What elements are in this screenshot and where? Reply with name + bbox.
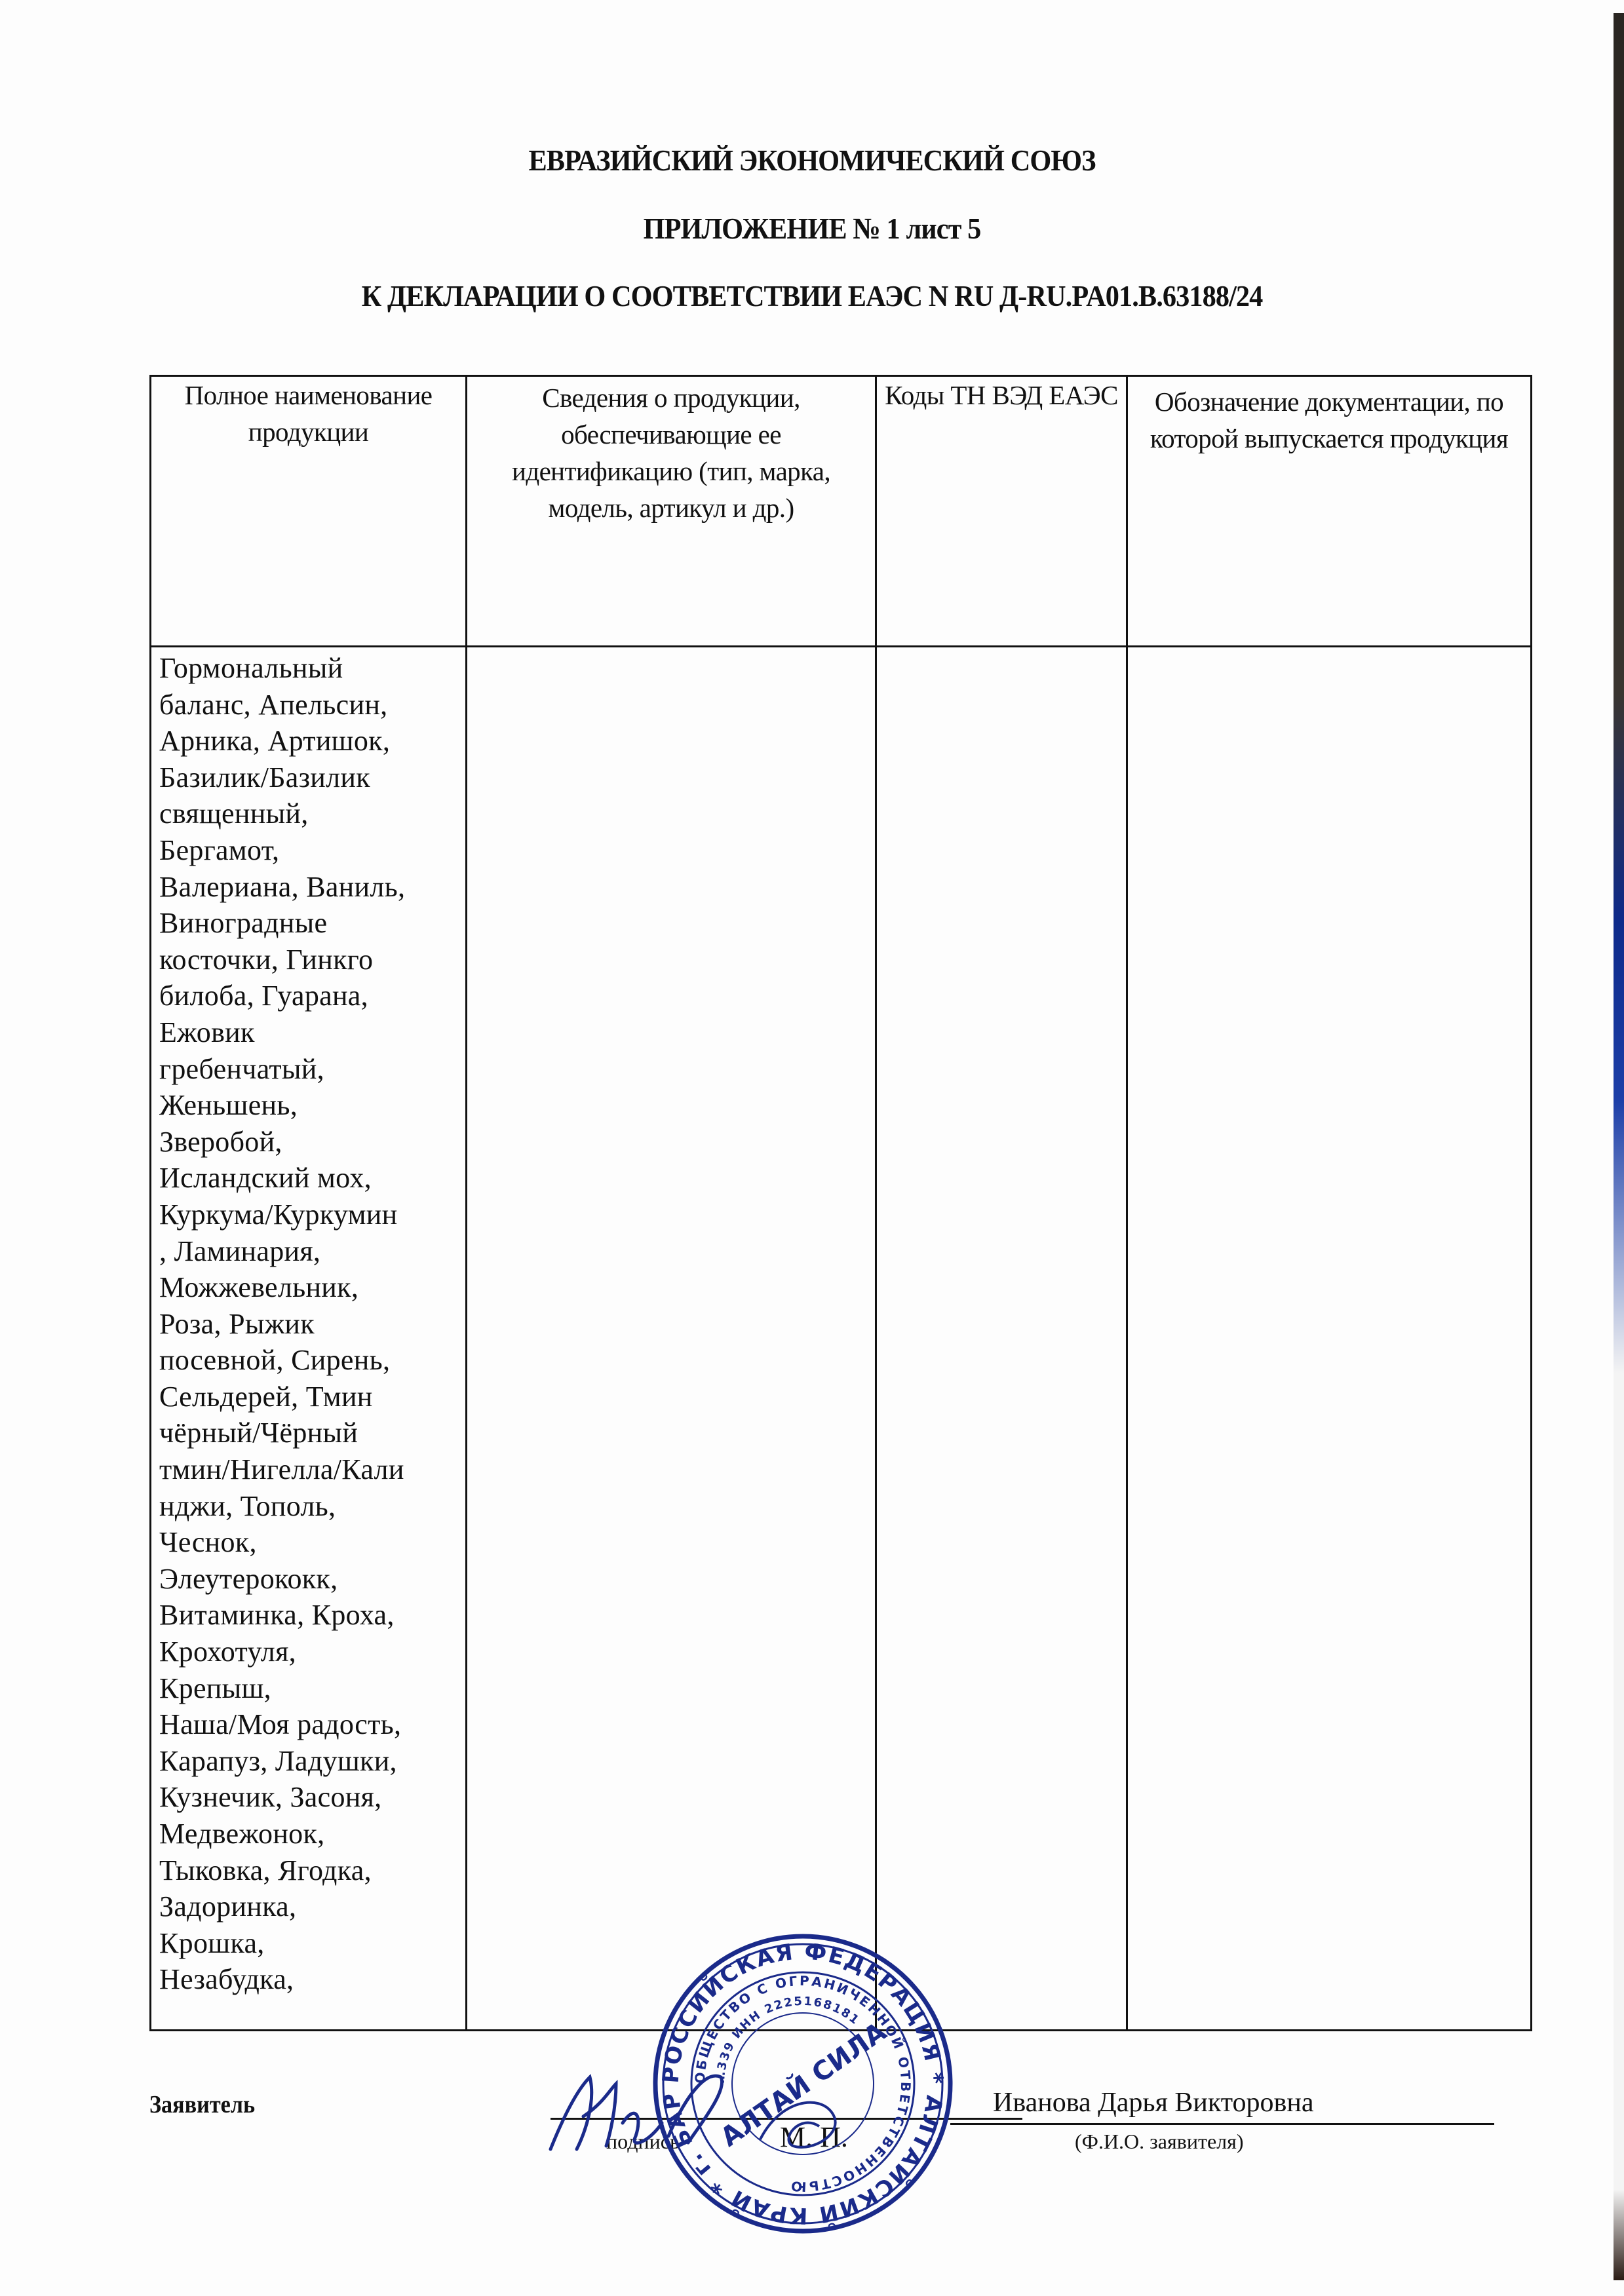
product-name-line: Задоринка, <box>159 1888 460 1925</box>
product-name-line: Карапуз, Ладушки, <box>159 1743 460 1780</box>
product-name-line: Витаминка, Кроха, <box>159 1597 460 1634</box>
applicant-name: Иванова Дарья Викторовна <box>993 2087 1314 2118</box>
identification-cell <box>467 647 876 2031</box>
appendix-title: ПРИЛОЖЕНИЕ № 1 лист 5 <box>65 211 1559 246</box>
product-name-line: Гормональный <box>159 650 460 687</box>
product-name-line: Элеутерококк, <box>159 1561 460 1598</box>
product-name-line: Наша/Моя радость, <box>159 1706 460 1743</box>
products-table: Полное наименование продукции Сведения о… <box>149 375 1532 2031</box>
product-name-line: гребенчатый, <box>159 1051 460 1088</box>
product-name-line: посевной, Сирень, <box>159 1342 460 1379</box>
column-header-identification: Сведения о продукции, обеспечивающие ее … <box>467 376 876 647</box>
applicant-label: Заявитель <box>149 2090 255 2119</box>
applicant-name-caption: (Ф.И.О. заявителя) <box>1075 2130 1243 2154</box>
product-name-line: Сельдерей, Тмин <box>159 1379 460 1415</box>
product-name-line: Чеснок, <box>159 1524 460 1561</box>
table-header-row: Полное наименование продукции Сведения о… <box>151 376 1532 647</box>
column-header-tn-ved-codes: Коды ТН ВЭД ЕАЭС <box>876 376 1127 647</box>
column-header-product-name: Полное наименование продукции <box>151 376 467 647</box>
product-name-line: Крошка, <box>159 1925 460 1962</box>
product-name-cell: Гормональныйбаланс, Апельсин,Арника, Арт… <box>151 647 467 2031</box>
documentation-cell <box>1127 647 1532 2031</box>
product-name-line: Роза, Рыжик <box>159 1306 460 1343</box>
column-header-documentation: Обозначение документации, по которой вып… <box>1127 376 1532 647</box>
product-name-line: Арника, Артишок, <box>159 723 460 759</box>
product-name-line: Незабудка, <box>159 1961 460 1998</box>
product-name-line: Куркума/Куркумин <box>159 1196 460 1233</box>
applicant-name-line <box>950 2123 1494 2125</box>
product-name-line: , Ламинария, <box>159 1233 460 1270</box>
product-name-line: Медвежонок, <box>159 1816 460 1852</box>
product-name-line: Ежовик <box>159 1014 460 1051</box>
product-name-line: Базилик/Базилик <box>159 759 460 796</box>
product-name-line: нджи, Тополь, <box>159 1488 460 1525</box>
product-name-line: Виноградные <box>159 905 460 942</box>
product-name-line: священный, <box>159 795 460 832</box>
tn-ved-codes-cell <box>876 647 1127 2031</box>
product-name-line: Женьшень, <box>159 1087 460 1124</box>
product-name-line: Исландский мох, <box>159 1160 460 1196</box>
product-name-line: билоба, Гуарана, <box>159 978 460 1014</box>
product-name-line: Кузнечик, Засоня, <box>159 1779 460 1816</box>
product-name-line: Тыковка, Ягодка, <box>159 1852 460 1889</box>
product-name-line: чёрный/Чёрный <box>159 1415 460 1451</box>
product-name-line: Крепыш, <box>159 1670 460 1707</box>
company-seal: РОССИЙСКАЯ ФЕДЕРАЦИЯ * АЛТАЙСКИЙ КРАЙ * … <box>649 1930 957 2238</box>
product-name-line: косточки, Гинкго <box>159 942 460 978</box>
product-name-line: Можжевельник, <box>159 1269 460 1306</box>
product-name-line: Зверобой, <box>159 1124 460 1160</box>
product-name-line: тмин/Нигелла/Кали <box>159 1451 460 1488</box>
scan-page-edge <box>1614 13 1624 2280</box>
table-row: Гормональныйбаланс, Апельсин,Арника, Арт… <box>151 647 1532 2031</box>
union-title: ЕВРАЗИЙСКИЙ ЭКОНОМИЧЕСКИЙ СОЮЗ <box>65 143 1559 178</box>
product-name-line: Крохотуля, <box>159 1634 460 1670</box>
declaration-title: К ДЕКЛАРАЦИИ О СООТВЕТСТВИИ ЕАЭС N RU Д-… <box>65 278 1559 313</box>
product-name-line: Бергамот, <box>159 832 460 869</box>
product-name-line: баланс, Апельсин, <box>159 687 460 723</box>
product-name-line: Валериана, Ваниль, <box>159 869 460 906</box>
